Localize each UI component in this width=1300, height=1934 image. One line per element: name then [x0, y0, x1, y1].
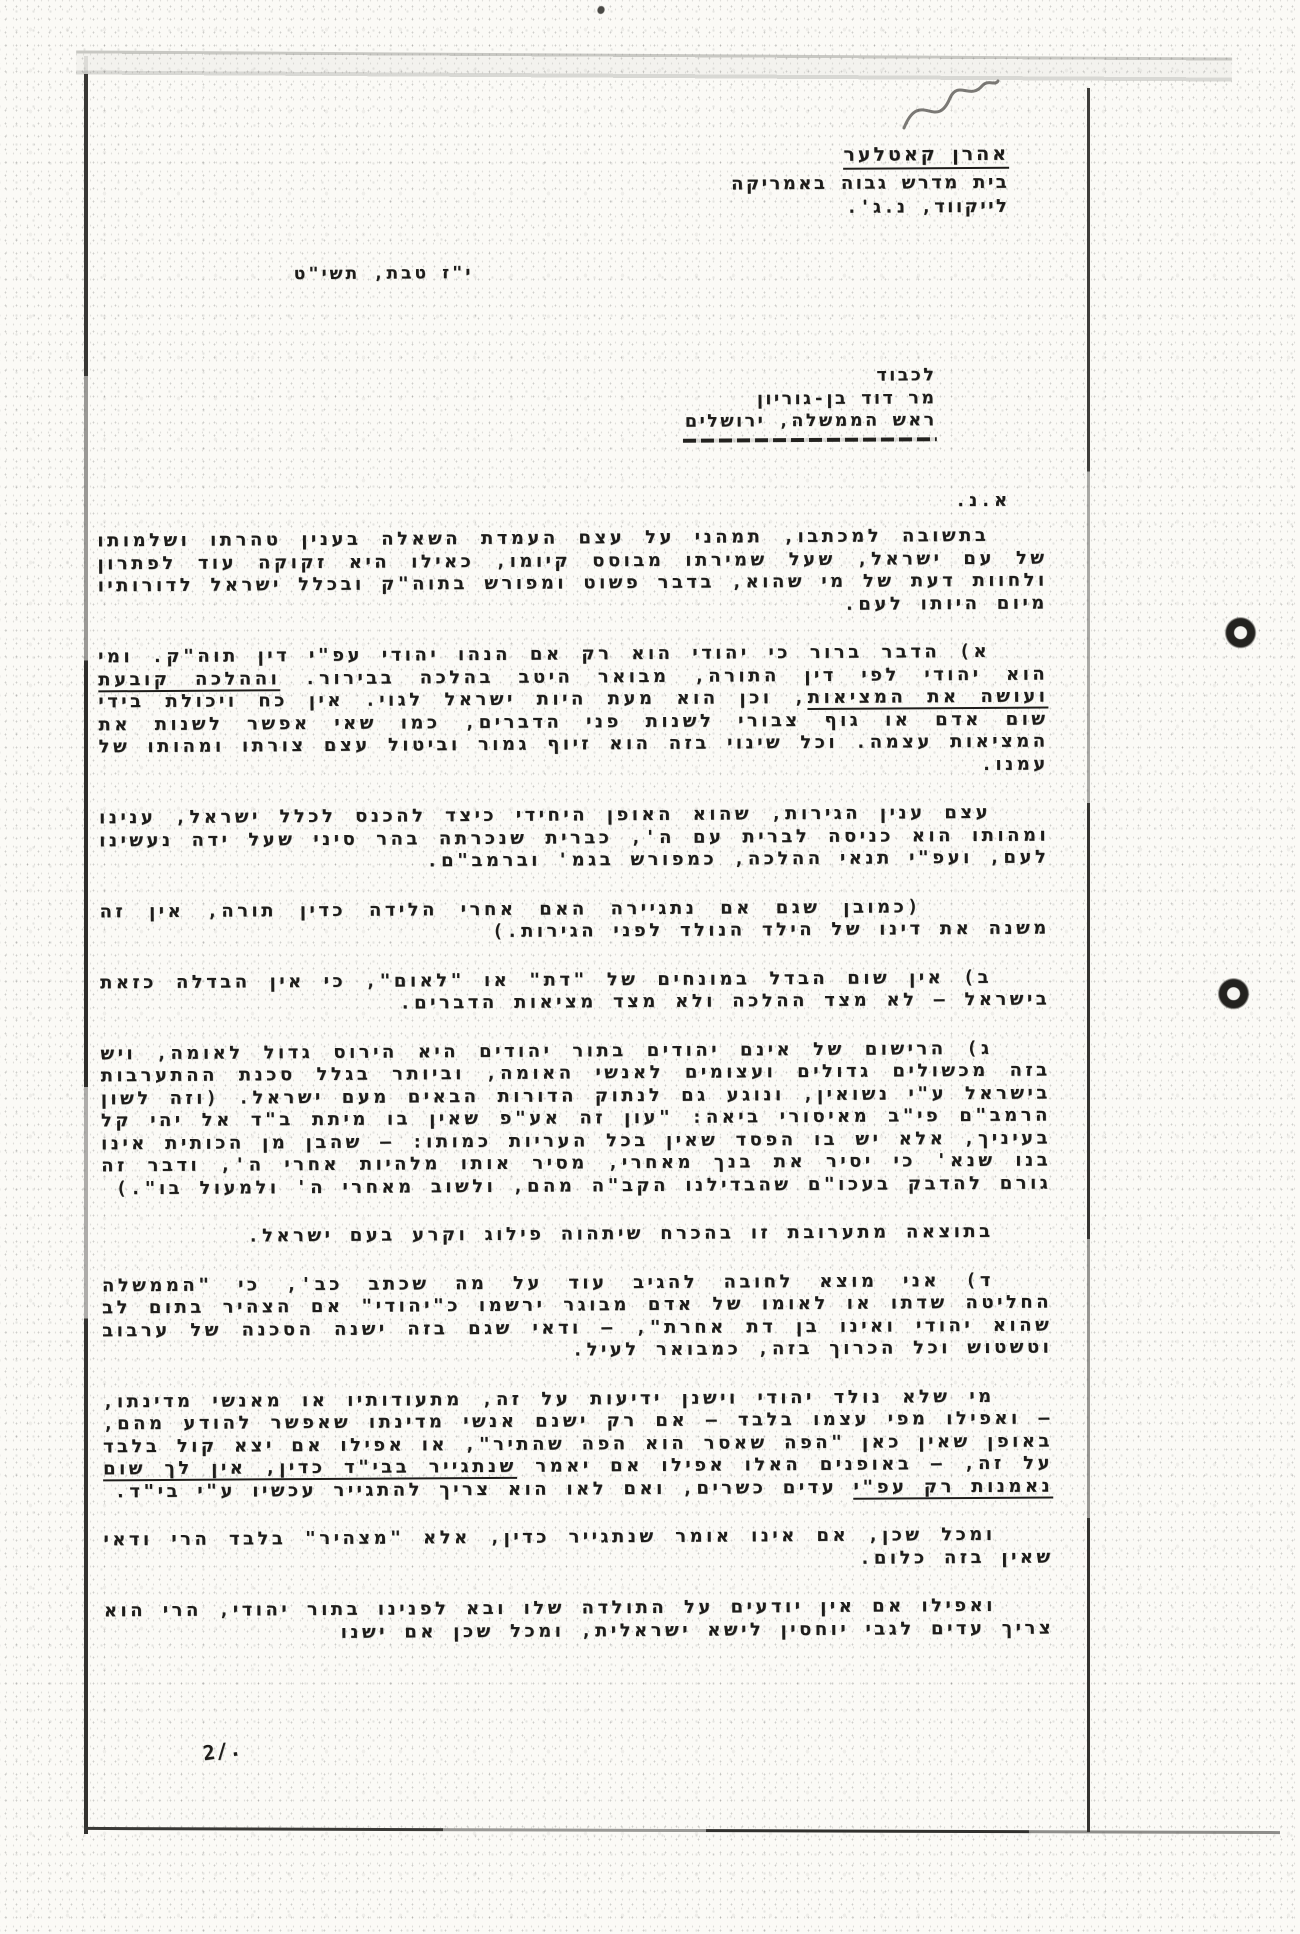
recipient-name: מר דוד בן-גוריון	[682, 387, 936, 411]
text-run: (כמובן שגם אם נתגיירה האם אחרי הלידה כדי…	[100, 896, 1050, 942]
text-run: ג) הרישום של אינם יהודים בתור יהודים היא…	[100, 1037, 1051, 1198]
text-run: ד) אני מוצא לחובה להגיב עוד על מה שכתב כ…	[102, 1269, 1053, 1360]
paragraph: מי שלא נולד יהודי וישנן ידיעות על זה, מת…	[103, 1385, 1054, 1503]
text-run: ומכל שכן, אם אינו אומר שנתגייר כדין, אלא…	[103, 1524, 1053, 1568]
paragraph: ב) אין שום הבדל במונחים של "דת" או "לאום…	[100, 966, 1050, 1017]
date-line: י"ז טבת, תשי"ט	[294, 263, 474, 284]
recipient-underline-rule	[683, 437, 937, 443]
letterhead: אהרן קאטלער בית מדרש גבוה באמריקה לייקוו…	[731, 142, 1010, 221]
text-run: ב) אין שום הבדל במונחים של "דת" או "לאום…	[100, 966, 1050, 1013]
letter-body: בתשובה למכתבו, תמהני על עצם העמדת השאלה …	[97, 525, 1054, 1672]
page-continuation-marker: 2/.	[201, 1736, 243, 1765]
paragraph: ומכל שכן, אם אינו אומר שנתגייר כדין, אלא…	[103, 1524, 1053, 1575]
salutation: א.נ.	[955, 490, 1010, 511]
text-run: ואפילו אם אין יודעים על התולדה שלו ובא ל…	[104, 1595, 1054, 1643]
recipient-honorific: לכבוד	[682, 364, 936, 388]
paragraph: א) הדבר ברור כי יהודי הוא רק אם הנהו יהו…	[98, 641, 1049, 782]
paragraph: ואפילו אם אין יודעים על התולדה שלו ובא ל…	[104, 1595, 1054, 1646]
recipient-title-city: ראש הממשלה, ירושלים	[683, 409, 937, 433]
paragraph: (כמובן שגם אם נתגיירה האם אחרי הלידה כדי…	[100, 895, 1050, 946]
sender-location: לייקווד, נ.ג'.	[731, 195, 1009, 221]
text-run: בתשובה למכתבו, תמהני על עצם העמדת השאלה …	[97, 525, 1048, 614]
text-run: עדים כשרים, ואם לאו הוא צריך להתגייר עכש…	[115, 1476, 854, 1502]
text-run: עצם ענין הגירות, שהוא האופן היחידי כיצד …	[99, 802, 1049, 871]
sender-name: אהרן קאטלער	[843, 142, 1009, 170]
scanned-letter-page: אהרן קאטלער בית מדרש גבוה באמריקה לייקוו…	[0, 0, 1300, 1934]
sender-institution: בית מדרש גבוה באמריקה	[731, 171, 1009, 197]
paragraph: ד) אני מוצא לחובה להגיב עוד על מה שכתב כ…	[102, 1269, 1053, 1365]
paragraph: בתוצאה מתערובת זו בהכרח שיתהוה פילוג וקר…	[102, 1221, 1052, 1249]
paragraph: עצם ענין הגירות, שהוא האופן היחידי כיצד …	[99, 802, 1049, 875]
letter-content: אהרן קאטלער בית מדרש גבוה באמריקה לייקוו…	[0, 0, 1300, 1934]
paragraph: ג) הרישום של אינם יהודים בתור יהודים היא…	[100, 1037, 1051, 1200]
recipient-block: לכבוד מר דוד בן-גוריון ראש הממשלה, ירושל…	[682, 364, 936, 442]
text-run: בתוצאה מתערובת זו בהכרח שיתהוה פילוג וקר…	[248, 1221, 994, 1247]
paragraph: בתשובה למכתבו, תמהני על עצם העמדת השאלה …	[97, 525, 1048, 621]
